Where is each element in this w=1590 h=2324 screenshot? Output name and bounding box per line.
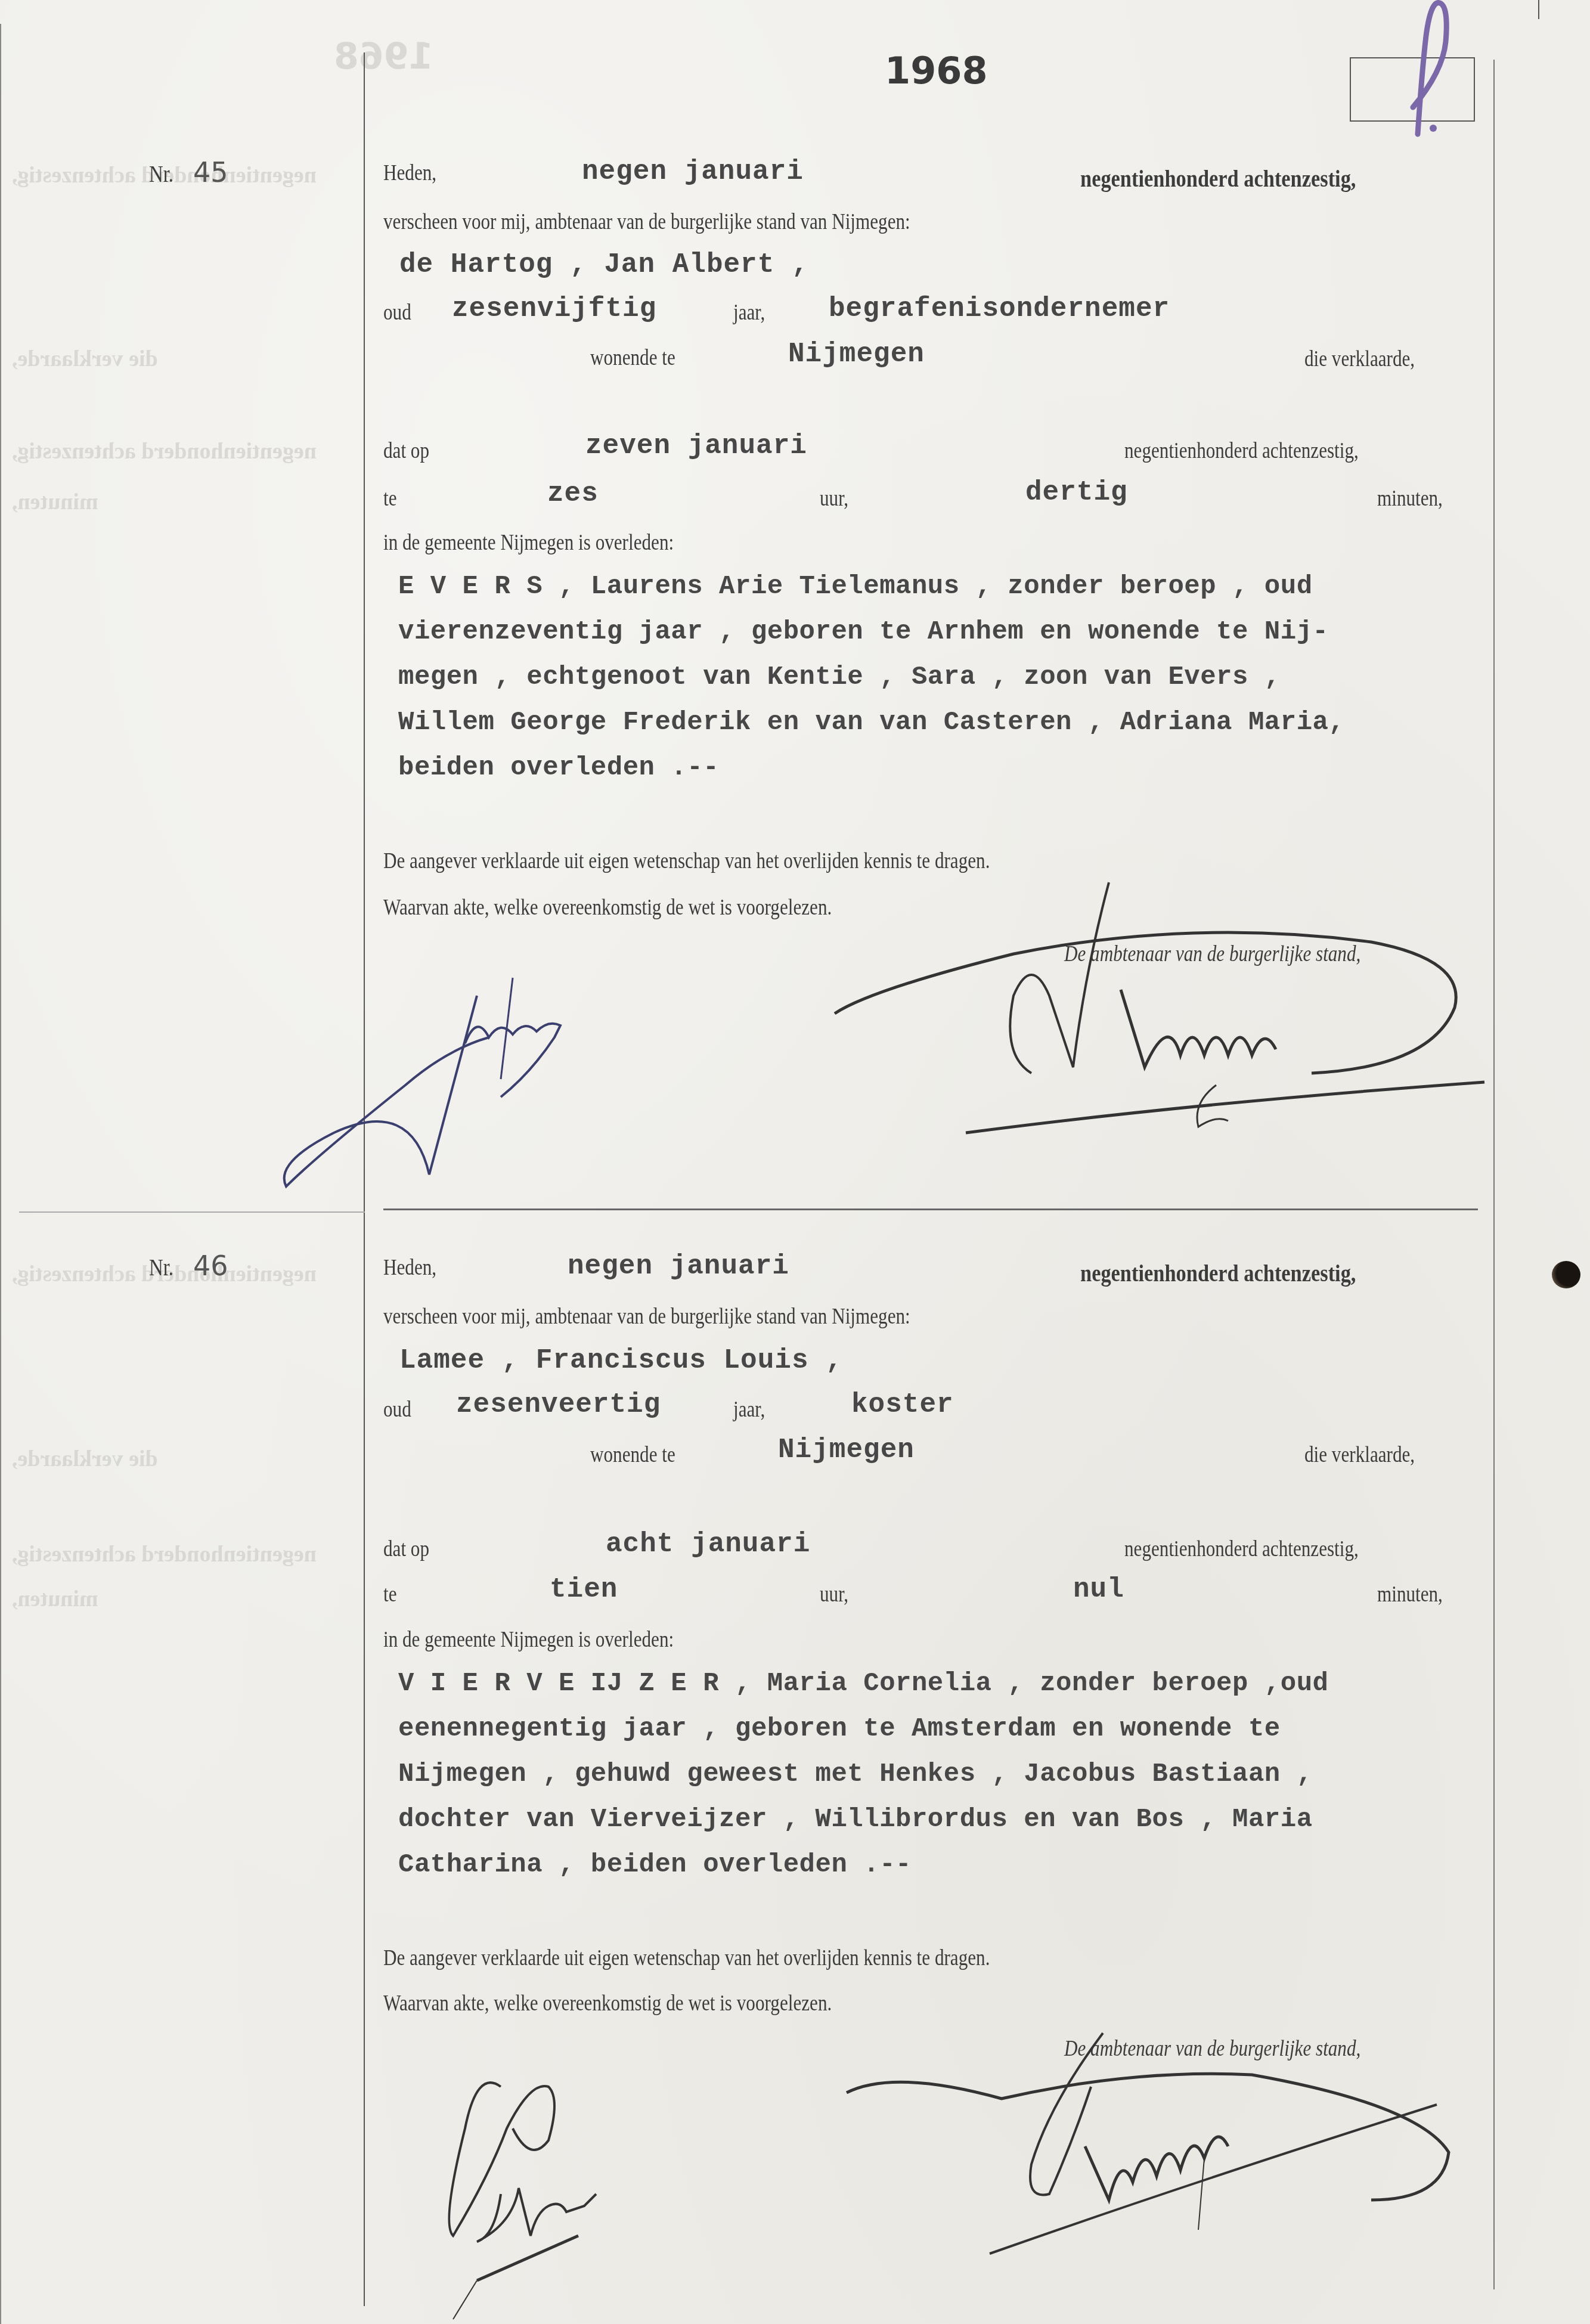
corner-tick [1538, 0, 1539, 19]
deceased-line: E V E R S , Laurens Arie Tielemanus , zo… [398, 564, 1344, 609]
jaar-label: jaar, [733, 299, 765, 326]
heden-label: Heden, [383, 1254, 436, 1281]
record-date: negen januari [568, 1251, 789, 1282]
declarant-occupation: begrafenisondernemer [829, 293, 1170, 324]
te-label: te [383, 1581, 396, 1607]
oud-label: oud [383, 1396, 411, 1423]
death-hour: zes [547, 478, 599, 509]
te-label: te [383, 485, 396, 512]
wonende-label: wonende te [590, 1442, 675, 1468]
bleed-through-margin-text: minuten, [12, 1586, 98, 1612]
uur-label: uur, [820, 485, 848, 512]
declarant-name: de Hartog , Jan Albert , [399, 249, 809, 280]
statement-knowledge: De aangever verklaarde uit eigen wetensc… [383, 1945, 990, 1971]
minuten-label: minuten, [1377, 1581, 1443, 1607]
official-signature [835, 2033, 1502, 2260]
statement-read: Waarvan akte, welke overeenkomstig de we… [383, 1990, 832, 2016]
nr-label: Nr. [149, 1253, 173, 1281]
death-minutes: nul [1073, 1574, 1124, 1605]
record-year: negentienhonderd achtenzestig, [1080, 1259, 1356, 1287]
bleed-through-year: 1968 [334, 36, 433, 78]
declarant-residence: Nijmegen [778, 1434, 915, 1465]
declarant-occupation: koster [851, 1389, 954, 1420]
nr-value: 45 [193, 156, 228, 188]
die-verklaarde-label: die verklaarde, [1304, 346, 1415, 372]
death-date: acht januari [606, 1529, 810, 1560]
declarant-signature [250, 978, 739, 1180]
deceased-line: dochter van Vierveijzer , Willibrordus e… [398, 1797, 1328, 1842]
dat-op-label: dat op [383, 1536, 429, 1562]
deceased-line: beiden overleden .-- [398, 745, 1344, 791]
uur-label: uur, [820, 1581, 848, 1607]
margin-separator [19, 1211, 365, 1213]
jaar-label: jaar, [733, 1396, 765, 1423]
oud-label: oud [383, 299, 411, 326]
page-year: 1968 [885, 49, 988, 92]
record-number: Nr. 45 [149, 156, 228, 188]
death-hour: tien [550, 1574, 618, 1605]
deceased-line: megen , echtgenoot van Kentie , Sara , z… [398, 655, 1344, 700]
death-year: negentienhonderd achtenzestig, [1124, 1536, 1359, 1562]
record-number: Nr. 46 [149, 1250, 228, 1282]
declarant-signature [441, 2057, 739, 2319]
deceased-line: Catharina , beiden overleden .-- [398, 1842, 1328, 1888]
page-left-edge [0, 24, 1, 2324]
death-minutes: dertig [1025, 477, 1128, 508]
deceased-line: vierenzeventig jaar , geboren te Arnhem … [398, 609, 1344, 655]
declarant-residence: Nijmegen [788, 339, 925, 370]
bleed-through-margin-text: negentienhonderd achtenzestig, [12, 1541, 317, 1567]
deceased-line: Nijmegen , gehuwd geweest met Henkes , J… [398, 1752, 1328, 1797]
declarant-name: Lamee , Franciscus Louis , [399, 1345, 843, 1376]
minuten-label: minuten, [1377, 485, 1443, 512]
official-signature [835, 876, 1502, 1139]
dat-op-label: dat op [383, 438, 429, 464]
appeared-text: verscheen voor mij, ambtenaar van de bur… [383, 209, 910, 235]
appeared-text: verscheen voor mij, ambtenaar van de bur… [383, 1303, 910, 1330]
punch-hole [1552, 1261, 1580, 1288]
statement-read: Waarvan akte, welke overeenkomstig de we… [383, 894, 832, 921]
right-column-rule [1493, 60, 1495, 2289]
wonende-label: wonende te [590, 345, 675, 371]
record-date: negen januari [582, 156, 804, 187]
bleed-through-margin-text: negentienhonderd achtenzestig, [12, 438, 317, 464]
deceased-paragraph: V I E R V E IJ Z E R , Maria Cornelia , … [398, 1661, 1328, 1888]
declarant-age: zesenvijftig [452, 293, 656, 324]
heden-label: Heden, [383, 160, 436, 186]
declarant-age: zesenveertig [456, 1389, 661, 1420]
bleed-through-margin-text: die verklaarde, [12, 346, 158, 372]
gemeente-text: in de gemeente Nijmegen is overleden: [383, 1626, 674, 1653]
deceased-line: eenennegentig jaar , geboren te Amsterda… [398, 1706, 1328, 1752]
death-date: zeven januari [585, 430, 807, 461]
die-verklaarde-label: die verklaarde, [1304, 1442, 1415, 1468]
bleed-through-margin-text: minuten, [12, 489, 98, 515]
folio-number-mark [1389, 0, 1461, 143]
nr-value: 46 [193, 1250, 228, 1282]
gemeente-text: in de gemeente Nijmegen is overleden: [383, 529, 674, 556]
deceased-line: V I E R V E IJ Z E R , Maria Cornelia , … [398, 1661, 1328, 1706]
record-year: negentienhonderd achtenzestig, [1080, 165, 1356, 193]
nr-label: Nr. [149, 160, 173, 188]
deceased-paragraph: E V E R S , Laurens Arie Tielemanus , zo… [398, 564, 1344, 791]
death-year: negentienhonderd achtenzestig, [1124, 438, 1359, 464]
bleed-through-margin-text: die verklaarde, [12, 1446, 158, 1472]
deceased-line: Willem George Frederik en van van Caster… [398, 700, 1344, 745]
statement-knowledge: De aangever verklaarde uit eigen wetensc… [383, 848, 990, 874]
record-separator [383, 1209, 1478, 1210]
